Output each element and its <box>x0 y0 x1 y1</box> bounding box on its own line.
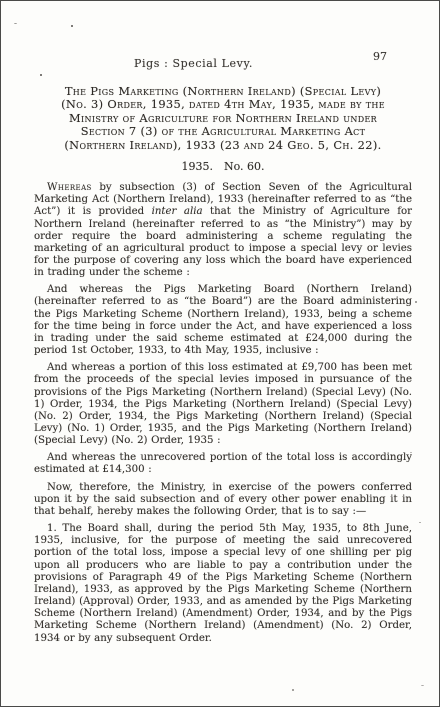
scan-speck <box>292 689 294 691</box>
page-number: 97 <box>373 50 387 63</box>
paragraph-segment: Now, therefore, the Ministry, in exercis… <box>34 482 412 517</box>
order-title: The Pigs Marketing (Northern Ireland) (S… <box>34 85 412 152</box>
running-header: Pigs : Special Levy. <box>134 57 253 70</box>
paragraph-segment: And whereas the Pigs Marketing Board (No… <box>34 284 412 356</box>
scan-speck <box>415 301 417 303</box>
scan-speck <box>419 522 421 523</box>
order-title-line: Ministry of Agriculture for Northern Ire… <box>34 112 412 125</box>
paragraph: Now, therefore, the Ministry, in exercis… <box>34 482 412 518</box>
paragraph-segment: inter alia <box>152 206 203 217</box>
order-title-line: (No. 3) Order, 1935, dated 4th May, 1935… <box>34 98 412 111</box>
scan-speck <box>40 74 42 76</box>
paragraph: And whereas the Pigs Marketing Board (No… <box>34 284 412 357</box>
order-title-line: (Northern Ireland), 1933 (23 and 24 Geo.… <box>34 139 412 152</box>
order-body: Whereas by subsection (3) of Section Sev… <box>34 182 412 645</box>
order-title-line: Section 7 (3) of the Agricultural Market… <box>34 125 412 138</box>
instrument-number: 1935. No. 60. <box>34 160 412 173</box>
page-content: The Pigs Marketing (Northern Ireland) (S… <box>34 85 412 650</box>
paragraph: And whereas the unrecovered portion of t… <box>34 452 412 476</box>
paragraph: And whereas a portion of this loss estim… <box>34 362 412 447</box>
paragraph-segment: Whereas <box>47 182 92 193</box>
scan-speck <box>71 25 73 27</box>
paragraph-segment: And whereas the unrecovered portion of t… <box>34 452 412 475</box>
paragraph: Whereas by subsection (3) of Section Sev… <box>34 182 412 279</box>
document-page: Pigs : Special Levy. 97 The Pigs Marketi… <box>0 0 440 707</box>
paragraph-segment: And whereas a portion of this loss estim… <box>34 362 412 446</box>
paragraph: 1. The Board shall, during the period 5t… <box>34 523 412 645</box>
paragraph-segment: 1. The Board shall, during the period 5t… <box>34 523 412 643</box>
scan-speck <box>14 23 17 24</box>
order-title-line: The Pigs Marketing (Northern Ireland) (S… <box>34 85 412 98</box>
scan-speck <box>421 685 424 686</box>
